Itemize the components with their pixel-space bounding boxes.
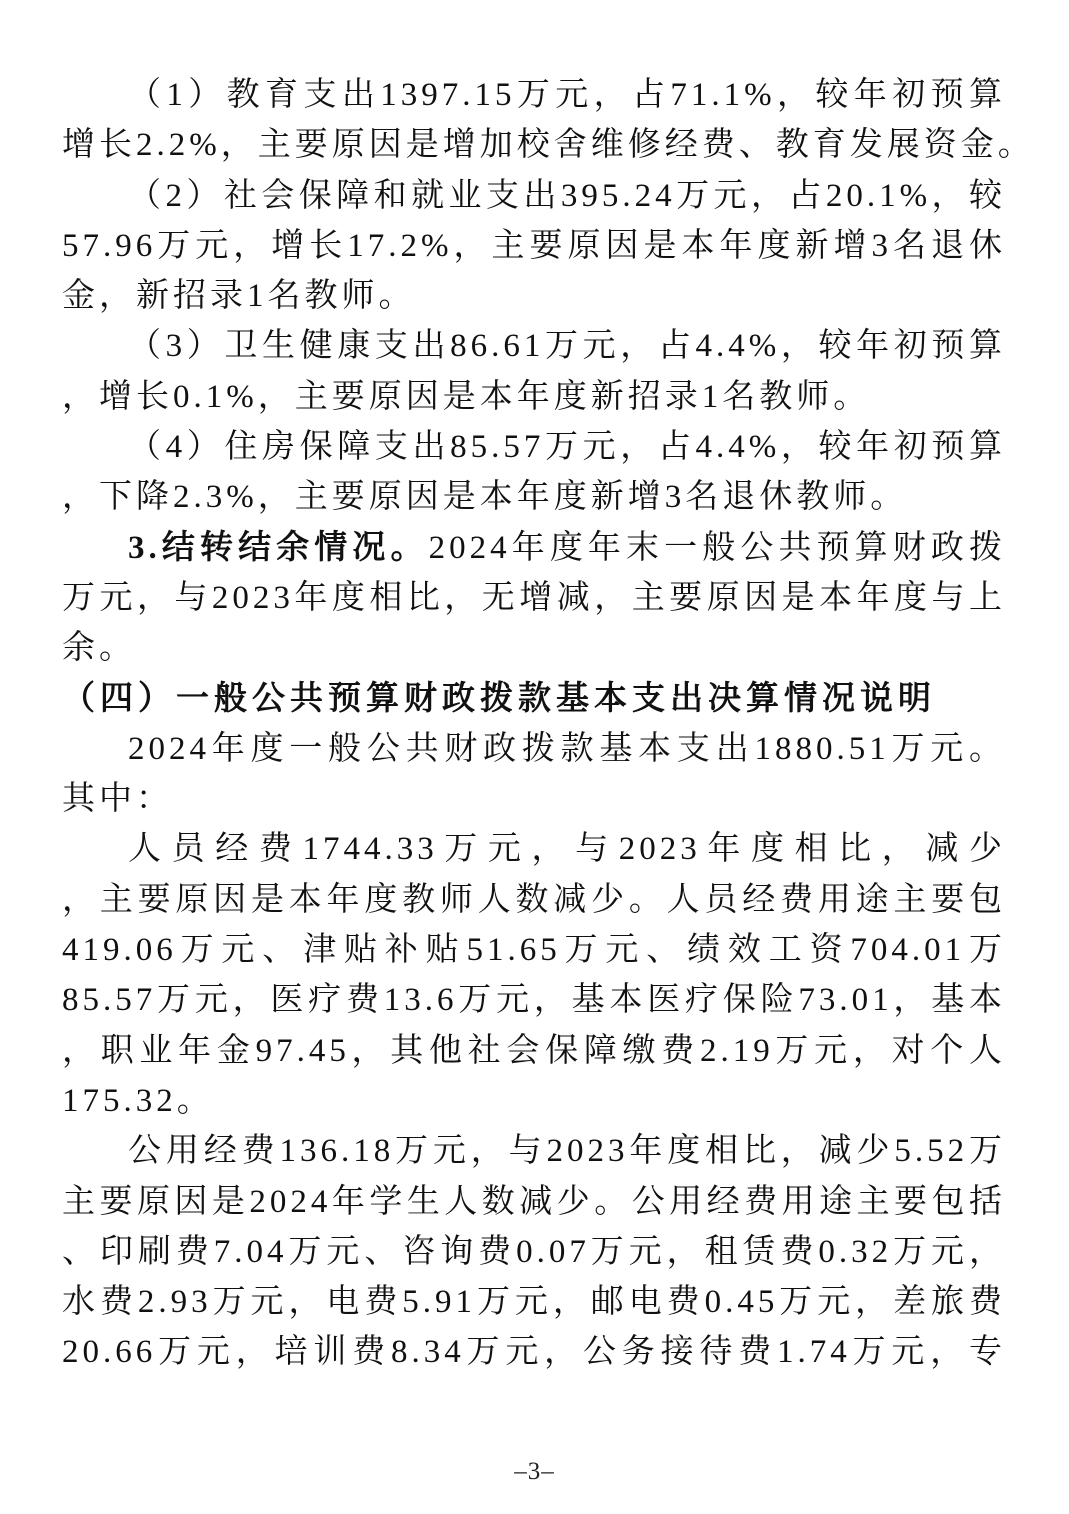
text-line: ，增长0.1%，主要原因是本年度新招录1名教师。 <box>62 372 1006 422</box>
document-body: （1）教育支出1397.15万元，占71.1%，较年初预算数增加30.39万元，… <box>62 70 1006 1378</box>
section-heading: （四）一般公共预算财政拨款基本支出决算情况说明 <box>62 674 1006 724</box>
text-line: （4）住房保障支出85.57万元，占4.4%，较年初预算数减少1.98万元 <box>62 422 1006 472</box>
text-line: ，职业年金97.45，其他社会保障缴费2.19万元，对个人和家庭补助支出 <box>62 1026 1006 1076</box>
text-line: 其中： <box>62 774 1006 824</box>
text-line: 万元，与2023年度相比，无增减，主要原因是本年度与上年度均无结转结 <box>62 573 1006 623</box>
text-line: （1）教育支出1397.15万元，占71.1%，较年初预算数增加30.39万元， <box>62 70 1006 120</box>
text-line: （3）卫生健康支出86.61万元，占4.4%，较年初预算数增加0.05万元 <box>62 321 1006 371</box>
text-line: ，下降2.3%，主要原因是本年度新增3名退休教师。 <box>62 472 1006 522</box>
text-line: 人员经费1744.33万元，与2023年度相比，减少142.71万元，下降7.6… <box>62 824 1006 874</box>
text-line: ，主要原因是本年度教师人数减少。人员经费用途主要包括基本工资 <box>62 875 1006 925</box>
text-line: 2024年度一般公共财政拨款基本支出1880.51万元。 <box>62 724 1006 774</box>
document-page: （1）教育支出1397.15万元，占71.1%，较年初预算数增加30.39万元，… <box>0 0 1069 1514</box>
text-line: 、印刷费7.04万元、咨询费0.07万元，租赁费0.32万元，物业费4.1万元， <box>62 1227 1006 1277</box>
text-line: 公用经费136.18万元，与2023年度相比，减少5.52万元，下降3.9%， <box>62 1126 1006 1176</box>
text-line: 主要原因是2024年学生人数减少。公用经费用途主要包括办公费17.79万元 <box>62 1177 1006 1227</box>
text-line: 175.32。 <box>62 1076 1006 1126</box>
text-line: 金，新招录1名教师。 <box>62 271 1006 321</box>
page-number: –3– <box>0 1458 1069 1486</box>
text-line: 85.57万元，医疗费13.6万元，基本医疗保险73.01，基本养老保险122.… <box>62 975 1006 1025</box>
text-line: 增长2.2%，主要原因是增加校舍维修经费、教育发展资金。 <box>62 120 1006 170</box>
text-line: 57.96万元，增长17.2%，主要原因是本年度新增3名退休教师补缴了社保 <box>62 221 1006 271</box>
text-line: 3.结转结余情况。2024年度年末一般公共预算财政拨款结转和结余0 <box>62 523 1006 573</box>
text-line: 水费2.93万元，电费5.91万元，邮电费0.45万元，差旅费12.82万元，维… <box>62 1277 1006 1327</box>
text-line: 419.06万元、津贴补贴51.65万元、绩效工资704.01万元，住房公积金 <box>62 925 1006 975</box>
text-line: 20.66万元，培训费8.34万元，公务接待费1.74万元，专用材料费7.21 <box>62 1327 1006 1377</box>
paragraph-lead-bold: 3.结转结余情况。 <box>128 530 429 566</box>
text-line: 余。 <box>62 623 1006 673</box>
text-line: （2）社会保障和就业支出395.24万元，占20.1%，较年初预算数增加 <box>62 171 1006 221</box>
